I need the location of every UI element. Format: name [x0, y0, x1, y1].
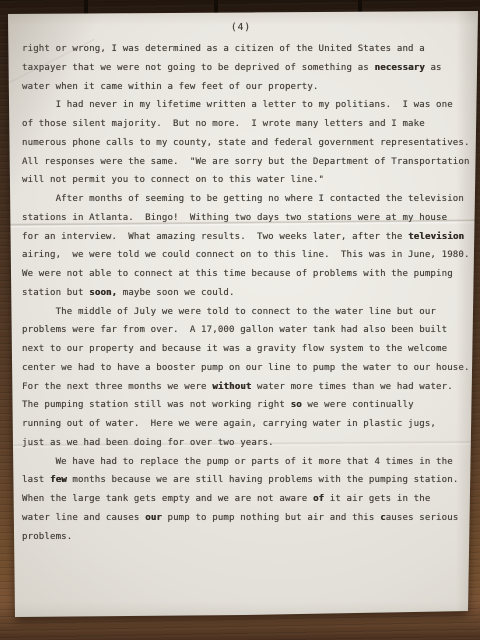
typed-line: next to our property and because it was …	[22, 340, 460, 359]
typed-line: airing, we were told we could connect on…	[22, 246, 460, 265]
typed-line: problems.	[22, 528, 460, 547]
typed-line: last few months because we are still hav…	[22, 471, 460, 490]
typed-line: When the large tank gets empty and we ar…	[22, 490, 460, 509]
typed-line: The middle of July we were told to conne…	[22, 303, 460, 322]
paper-sheet: (4) right or wrong, I was determined as …	[0, 0, 480, 640]
paper-wrapper: (4) right or wrong, I was determined as …	[0, 0, 480, 640]
typed-line: taxpayer that we were not going to be de…	[22, 59, 460, 78]
typed-line: I had never in my lifetime written a let…	[22, 96, 460, 115]
typed-line: will not permit you to connect on to thi…	[22, 171, 460, 190]
typed-line: numerous phone calls to my county, state…	[22, 134, 460, 153]
typed-line: stations in Atlanta. Bingo! Withing two …	[22, 209, 460, 228]
typed-line: water when it came within a few feet of …	[22, 78, 460, 97]
typed-line: The pumping station still was not workin…	[22, 396, 460, 415]
typed-line: for an interview. What amazing results. …	[22, 228, 460, 247]
typed-line: of those silent majority. But no more. I…	[22, 115, 460, 134]
photo-background: (4) right or wrong, I was determined as …	[0, 0, 480, 640]
typed-line: We have had to replace the pump or parts…	[22, 453, 460, 472]
typed-line: After months of seeming to be getting no…	[22, 190, 460, 209]
typed-line: For the next three months we were withou…	[22, 378, 460, 397]
page-number: (4)	[22, 21, 460, 40]
typed-line: We were not able to connect at this time…	[22, 265, 460, 284]
typed-line: center we had to have a booster pump on …	[22, 359, 460, 378]
typed-line: station but soon, maybe soon we could.	[22, 284, 460, 303]
typed-line: right or wrong, I was determined as a ci…	[22, 40, 460, 59]
typed-line: All responses were the same. "We are sor…	[22, 153, 460, 172]
typed-line: running out of water. Here we were again…	[22, 415, 460, 434]
typed-line: problems were far from over. A 17,000 ga…	[22, 321, 460, 340]
typewritten-text-block: (4) right or wrong, I was determined as …	[22, 21, 460, 546]
typewritten-lines: right or wrong, I was determined as a ci…	[22, 40, 460, 546]
typed-line: water line and causes our pump to pump n…	[22, 509, 460, 528]
typed-line: just as we had been doing for over two y…	[22, 434, 460, 453]
